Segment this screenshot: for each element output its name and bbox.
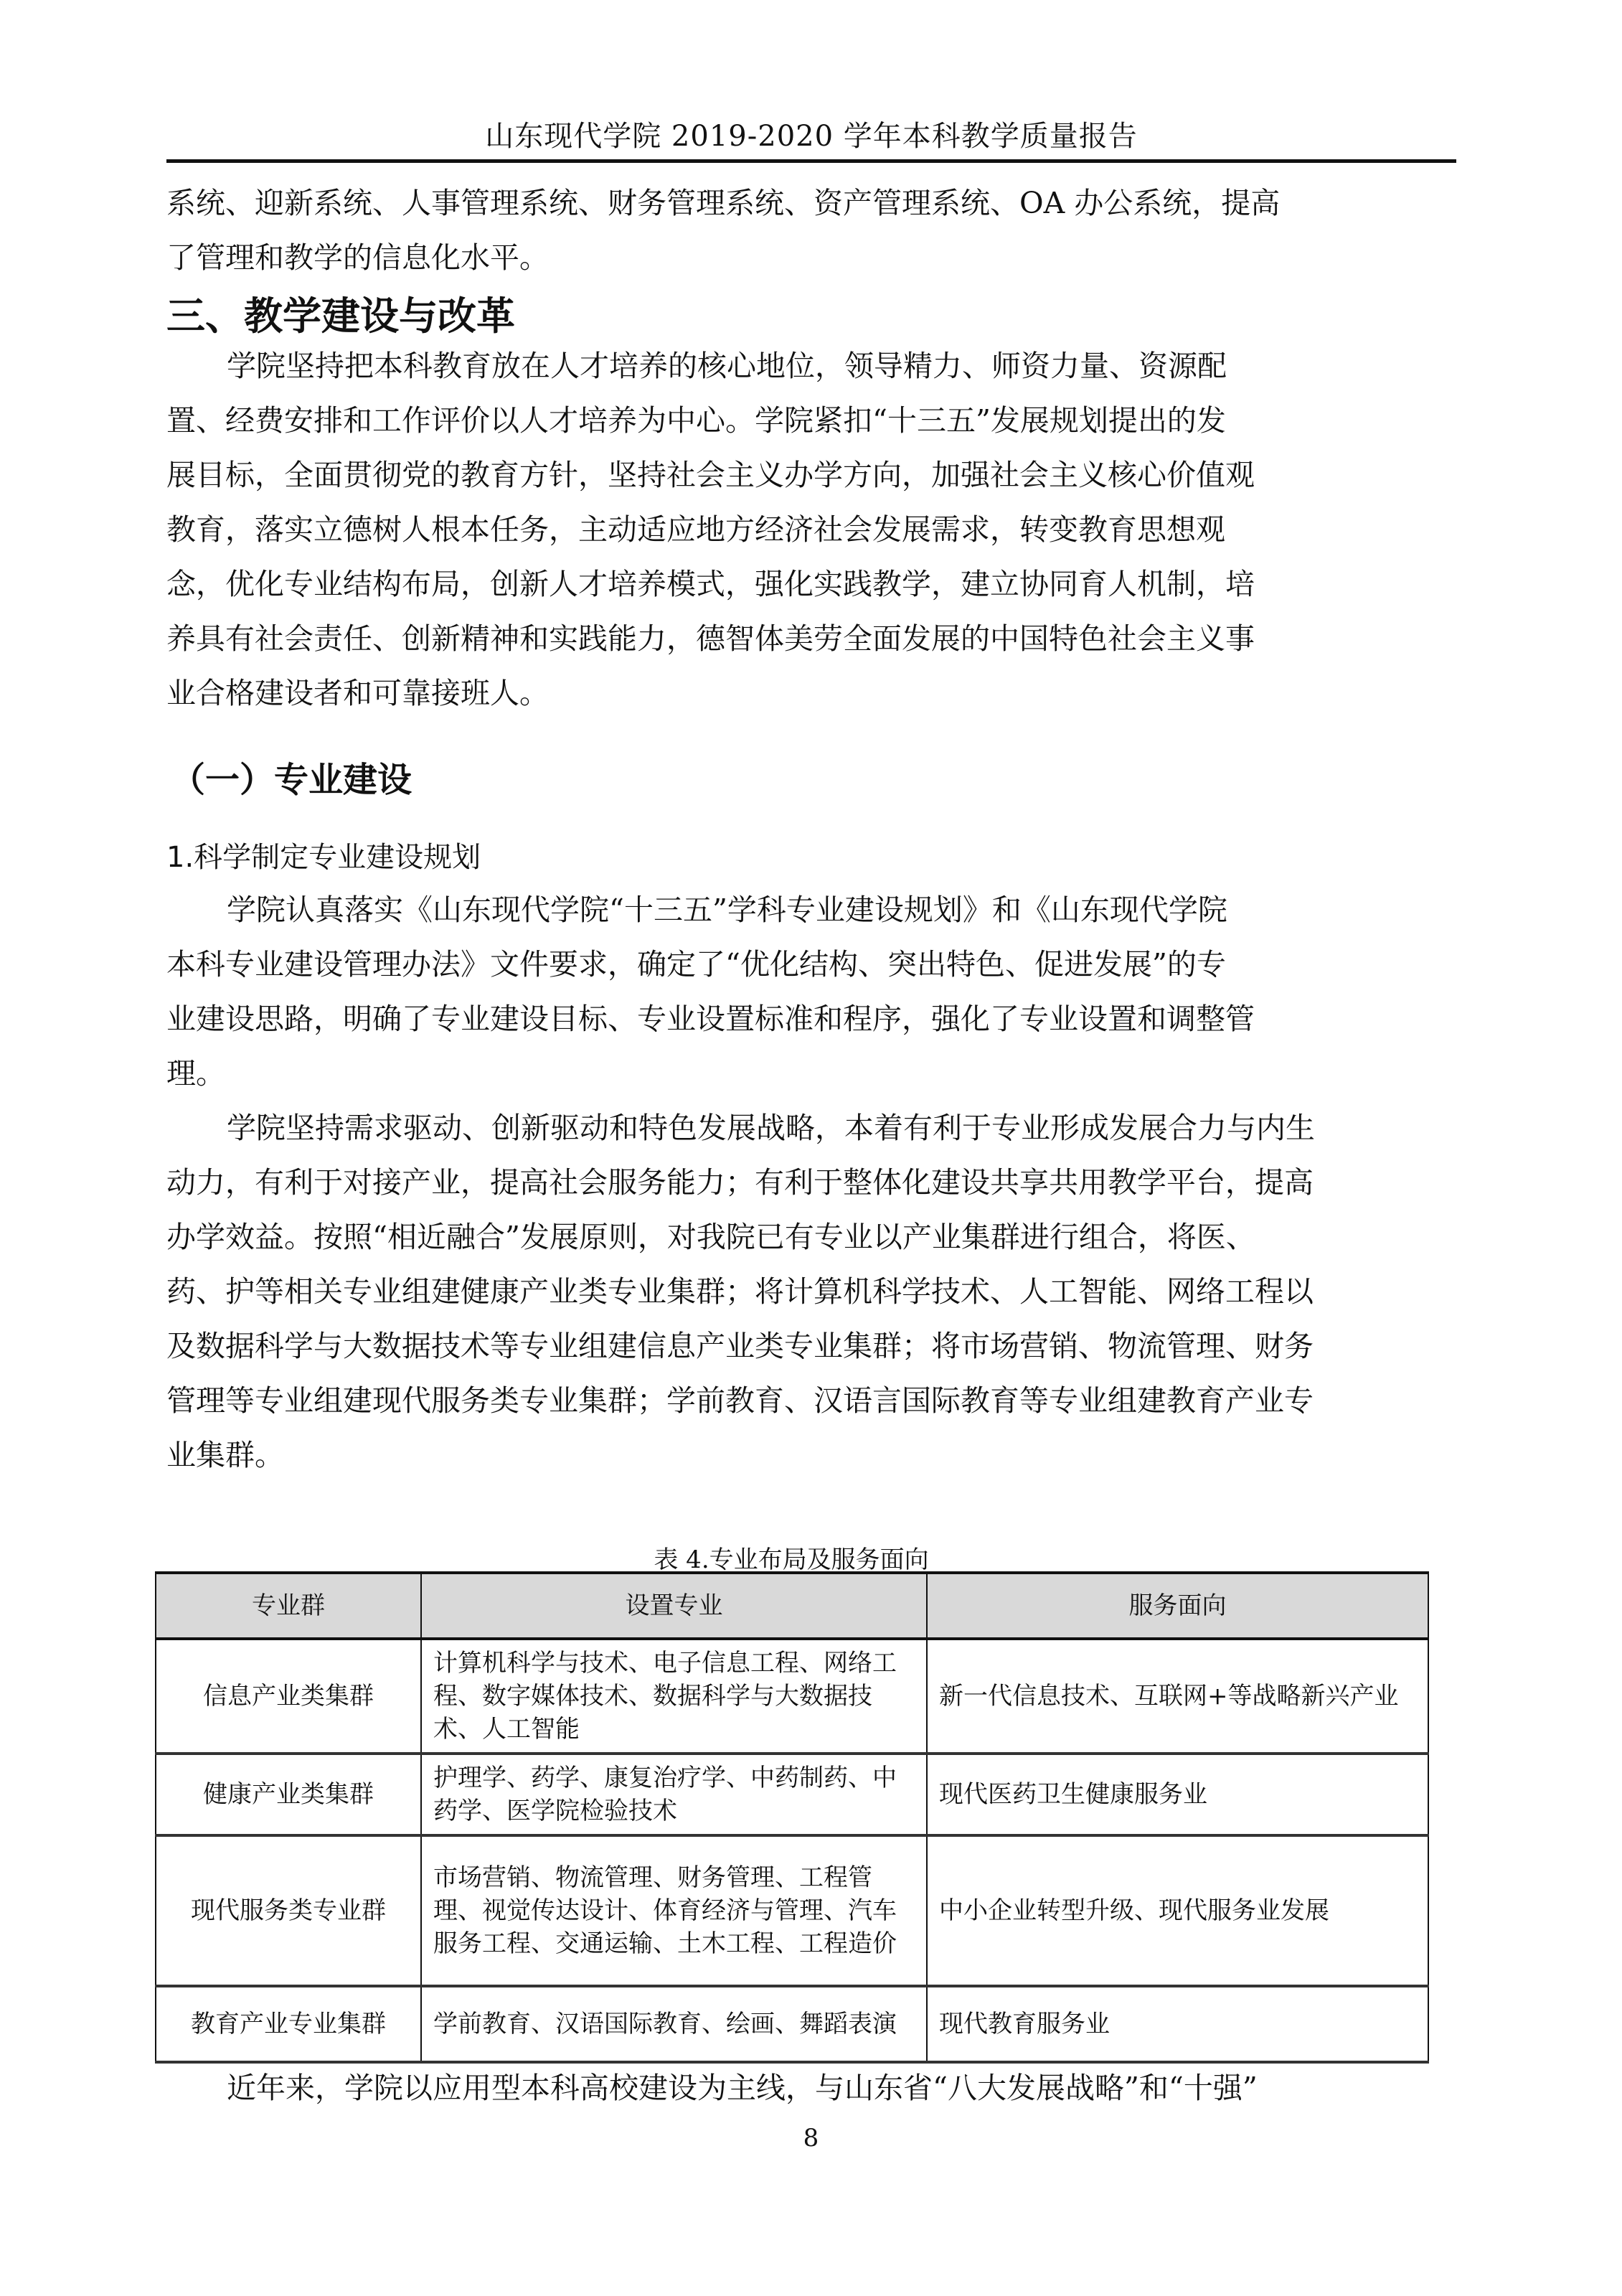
cell-majors: 市场营销、物流管理、财务管理、工程管理、视觉传达设计、体育经济与管理、汽车服务工… bbox=[421, 1835, 927, 1986]
cell-group: 健康产业类集群 bbox=[156, 1754, 421, 1835]
text-line: 业合格建设者和可靠接班人。 bbox=[166, 666, 1458, 720]
item-paragraph-1: 学院认真落实《山东现代学院“十三五”学科专业建设规划》和《山东现代学院 本科专业… bbox=[166, 883, 1458, 1101]
cell-group: 现代服务类专业群 bbox=[156, 1835, 421, 1986]
subsection-heading: （一）专业建设 bbox=[171, 752, 412, 801]
table-row: 现代服务类专业群 市场营销、物流管理、财务管理、工程管理、视觉传达设计、体育经济… bbox=[156, 1835, 1428, 1986]
cell-service: 新一代信息技术、互联网+等战略新兴产业 bbox=[927, 1639, 1428, 1754]
section-heading: 三、教学建设与改革 bbox=[166, 286, 515, 341]
table-row: 教育产业专业集群 学前教育、汉语国际教育、绘画、舞蹈表演 现代教育服务业 bbox=[156, 1986, 1428, 2062]
text-line: 管理等专业组建现代服务类专业集群；学前教育、汉语言国际教育等专业组建教育产业专 bbox=[166, 1373, 1458, 1428]
text-line: 及数据科学与大数据技术等专业组建信息产业类专业集群；将市场营销、物流管理、财务 bbox=[166, 1319, 1458, 1373]
text-line: 了管理和教学的信息化水平。 bbox=[166, 230, 1458, 285]
text-line: 念，优化专业结构布局，创新人才培养模式，强化实践教学，建立协同育人机制，培 bbox=[166, 557, 1458, 611]
item-heading: 1.科学制定专业建设规划 bbox=[166, 834, 481, 875]
text-line: 本科专业建设管理办法》文件要求，确定了“优化结构、突出特色、促进发展”的专 bbox=[166, 937, 1458, 992]
text-line: 办学效益。按照“相近融合”发展原则，对我院已有专业以产业集群进行组合，将医、 bbox=[166, 1210, 1458, 1264]
section-paragraph: 学院坚持把本科教育放在人才培养的核心地位，领导精力、师资力量、资源配 置、经费安… bbox=[166, 339, 1458, 720]
item-paragraph-2: 学院坚持需求驱动、创新驱动和特色发展战略，本着有利于专业形成发展合力与内生 动力… bbox=[166, 1101, 1458, 1482]
text-line: 学院认真落实《山东现代学院“十三五”学科专业建设规划》和《山东现代学院 bbox=[166, 883, 1458, 937]
column-header-group: 专业群 bbox=[156, 1573, 421, 1639]
text-line: 业建设思路，明确了专业建设目标、专业设置标准和程序，强化了专业设置和调整管 bbox=[166, 992, 1458, 1046]
closing-paragraph: 近年来，学院以应用型本科高校建设为主线，与山东省“八大发展战略”和“十强” bbox=[166, 2061, 1458, 2115]
text-line: 动力，有利于对接产业，提高社会服务能力；有利于整体化建设共享共用教学平台，提高 bbox=[166, 1155, 1458, 1210]
text-line: 学院坚持把本科教育放在人才培养的核心地位，领导精力、师资力量、资源配 bbox=[166, 339, 1458, 393]
text-line: 业集群。 bbox=[166, 1428, 1458, 1482]
table-row: 健康产业类集群 护理学、药学、康复治疗学、中药制药、中药学、医学院检验技术 现代… bbox=[156, 1754, 1428, 1835]
text-line: 近年来，学院以应用型本科高校建设为主线，与山东省“八大发展战略”和“十强” bbox=[166, 2061, 1458, 2115]
text-line: 教育，落实立德树人根本任务，主动适应地方经济社会发展需求，转变教育思想观 bbox=[166, 502, 1458, 557]
cell-service: 现代教育服务业 bbox=[927, 1986, 1428, 2062]
text-line: 展目标，全面贯彻党的教育方针，坚持社会主义办学方向，加强社会主义核心价值观 bbox=[166, 448, 1458, 502]
cell-majors: 计算机科学与技术、电子信息工程、网络工程、数字媒体技术、数据科学与大数据技术、人… bbox=[421, 1639, 927, 1754]
text-line: 理。 bbox=[166, 1046, 1458, 1101]
table-header-row: 专业群 设置专业 服务面向 bbox=[156, 1573, 1428, 1639]
running-header: 山东现代学院 2019-2020 学年本科教学质量报告 bbox=[166, 113, 1456, 154]
column-header-service: 服务面向 bbox=[927, 1573, 1428, 1639]
cell-service: 中小企业转型升级、现代服务业发展 bbox=[927, 1835, 1428, 1986]
major-layout-table: 专业群 设置专业 服务面向 信息产业类集群 计算机科学与技术、电子信息工程、网络… bbox=[155, 1571, 1429, 2064]
cell-group: 信息产业类集群 bbox=[156, 1639, 421, 1754]
cell-majors: 护理学、药学、康复治疗学、中药制药、中药学、医学院检验技术 bbox=[421, 1754, 927, 1835]
text-line: 养具有社会责任、创新精神和实践能力，德智体美劳全面发展的中国特色社会主义事 bbox=[166, 611, 1458, 666]
intro-paragraph: 系统、迎新系统、人事管理系统、财务管理系统、资产管理系统、OA 办公系统，提高 … bbox=[166, 176, 1458, 285]
cell-majors: 学前教育、汉语国际教育、绘画、舞蹈表演 bbox=[421, 1986, 927, 2062]
cell-group: 教育产业专业集群 bbox=[156, 1986, 421, 2062]
text-line: 药、护等相关专业组建健康产业类专业集群；将计算机科学技术、人工智能、网络工程以 bbox=[166, 1264, 1458, 1319]
text-line: 系统、迎新系统、人事管理系统、财务管理系统、资产管理系统、OA 办公系统，提高 bbox=[166, 176, 1458, 230]
page-number: 8 bbox=[0, 2124, 1622, 2152]
text-line: 学院坚持需求驱动、创新驱动和特色发展战略，本着有利于专业形成发展合力与内生 bbox=[166, 1101, 1458, 1155]
text-line: 置、经费安排和工作评价以人才培养为中心。学院紧扣“十三五”发展规划提出的发 bbox=[166, 393, 1458, 448]
header-rule bbox=[166, 159, 1456, 163]
column-header-majors: 设置专业 bbox=[421, 1573, 927, 1639]
table-caption: 表 4.专业布局及服务面向 bbox=[155, 1540, 1428, 1575]
cell-service: 现代医药卫生健康服务业 bbox=[927, 1754, 1428, 1835]
table-row: 信息产业类集群 计算机科学与技术、电子信息工程、网络工程、数字媒体技术、数据科学… bbox=[156, 1639, 1428, 1754]
